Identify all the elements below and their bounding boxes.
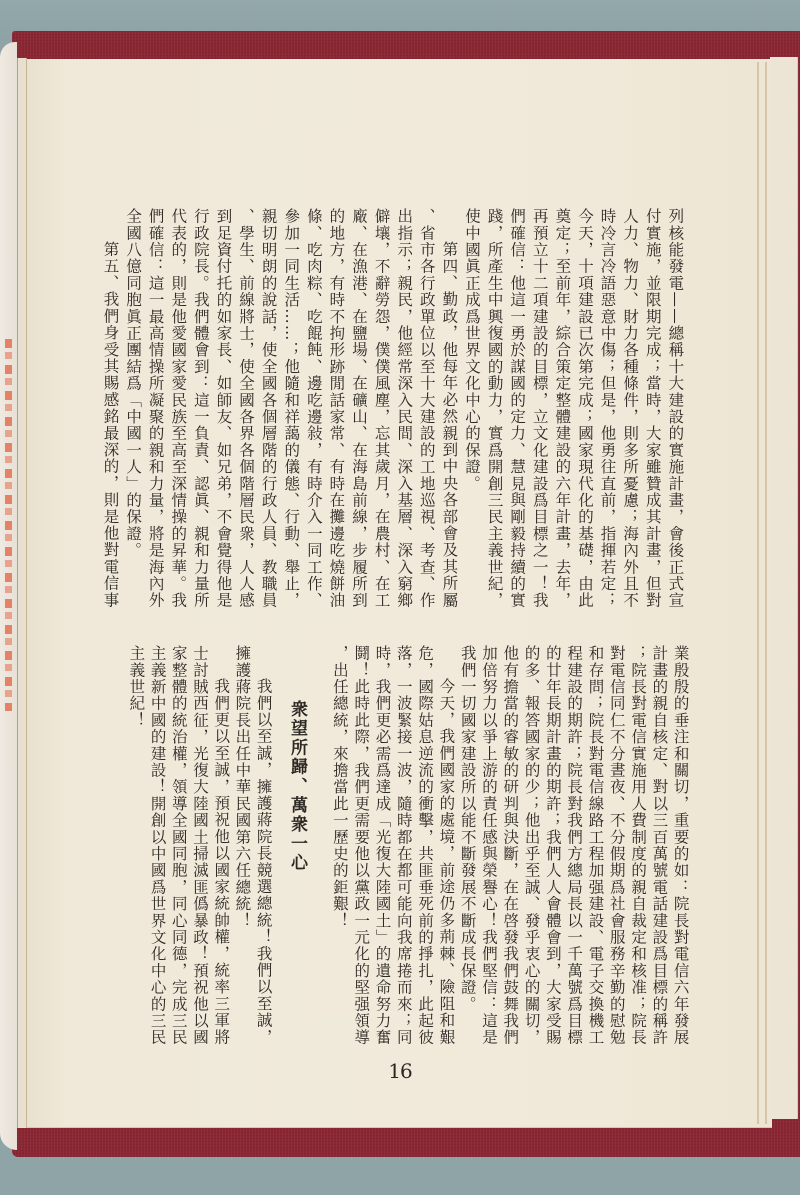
text-column: 奠定；至前年，綜合策定整體建設的六年計畫，去年， (551, 208, 574, 628)
text-column: 他有擔當的睿敏的研判與決斷，在在啓發我們鼓舞我們 (499, 645, 520, 1055)
page-edge-line (765, 62, 767, 1124)
page-edge-line (757, 62, 759, 1124)
text-column: 主義世紀！ (125, 645, 146, 1055)
text-column: 踐，所產生中興復國的動力，實爲開創三民主義世紀， (483, 208, 506, 628)
facing-page-bleed-marks (5, 339, 12, 711)
text-column: 們確信：這一最高情操所凝聚的親和力量，將是海內外 (144, 208, 167, 628)
lower-text-block: 業殷殷的垂注和關切，重要的如：院長對電信六年發展 計畫的親自核定、對以三百萬號電… (329, 645, 691, 1055)
text-column: 鬪！此時此際，我們更需要他以黨政一元化的堅强領導 (350, 645, 371, 1055)
text-column: 人力、物力、財力各種條件，則多所憂慮；海內外且不 (619, 208, 642, 628)
text-column: 主義新中國的建設！開創以中國爲世界文化中心的三民 (146, 645, 167, 1055)
text-column: 條、吃肉粽、吃餛飩、邊吃邊敍，有時介入一同工作、 (302, 208, 325, 628)
text-column: 士討賊西征，光復大陸國土掃滅匪僞暴政！預祝他以國 (189, 645, 210, 1055)
paragraph-start-column: 我們更以至誠，預祝他以國家統帥權，統率三軍將 (210, 645, 231, 1055)
text-column: 們確信：他這一勇於謀國的定力、慧見與剛毅持續的實 (506, 208, 529, 628)
upper-text-block: 列核能發電——總稱十大建設的實施計畫，會後正式宣 付實施，並限期完成；當時，大家… (99, 208, 686, 628)
text-column: 參加一同生活……；他隨和祥藹的儀態、行動、舉止， (280, 208, 303, 628)
text-column: ；院長對電信實施用人費制度的親自裁定和核准；院長 (627, 645, 648, 1055)
text-column: 親切明朗的說話，使全國各個層階的行政人員、教職員 (257, 208, 280, 628)
text-column: 計畫的親自核定、對以三百萬號電話建設爲目標的稱許 (648, 645, 669, 1055)
text-column: 我們一切國家建設所以能不斷發展不斷成長保證。 (456, 645, 477, 1055)
text-column: 加倍努力以爭上游的責任感與榮譽心！我們堅信：這是 (478, 645, 499, 1055)
paragraph-start-column: 第四、勤政，他每年必然親到中央各部會及其所屬 (438, 208, 461, 628)
book-board-edge (770, 57, 798, 1119)
text-column: 程建設的期許；院長對我們方總局長以一千萬號爲目標 (563, 645, 584, 1055)
text-column: 、學生、前線將士，使全國各界各個階層民衆，人人感 (234, 208, 257, 628)
text-column: 危，國際姑息逆流的衝擊，共匪垂死前的掙扎，此起彼 (414, 645, 435, 1055)
text-column: 出指示；親民，他經常深入民間、深入基層、深入窮鄉 (393, 208, 416, 628)
facing-page-edge (0, 42, 17, 1150)
text-column: 到足資付托的如家長、如師友、如兄弟，不會覺得他是 (212, 208, 235, 628)
text-column: 的廿年長期計畫的期許；我們人人會體會到，大家受賜 (542, 645, 563, 1055)
text-column: 廠、在漁港、在鹽場、在礦山、在海島前線，步履所到 (347, 208, 370, 628)
paragraph-start-column: 我們以至誠，擁護蔣院長競選總統！我們以至誠， (252, 645, 273, 1055)
book-gutter (17, 58, 27, 1128)
text-column: 全國八億同胞眞正團結爲「中國一人」的保證。 (121, 208, 144, 628)
text-column: 業殷殷的垂注和關切，重要的如：院長對電信六年發展 (669, 645, 690, 1055)
text-column: 的多、報答國家的少；他出乎至誠、發乎衷心的關切， (520, 645, 541, 1055)
section-heading: 衆望所歸、萬衆一心 (286, 700, 308, 873)
section-text-block: 我們以至誠，擁護蔣院長競選總統！我們以至誠， 擁護蔣院長出任中華民國第六任總統！… (125, 645, 273, 1055)
text-column: 行政院長。我們體會到：這一負責、認眞、親和力量所 (189, 208, 212, 628)
page-number: 16 (0, 1059, 800, 1083)
text-column: 落，一波緊接一波，隨時都在都可能向我席捲而來；同 (393, 645, 414, 1055)
text-column: 代表的，則是他愛國家愛民族至高至深情操的昇華。我 (167, 208, 190, 628)
text-column: 列核能發電——總稱十大建設的實施計畫，會後正式宣 (664, 208, 687, 628)
text-column: 僻壤，不辭勞怨，僕僕風塵，忘其歲月，在農村、在工 (370, 208, 393, 628)
text-column: 擁護蔣院長出任中華民國第六任總統！ (231, 645, 252, 1055)
text-column: 、省市各行政單位以至十大建設的工地巡視、考查、作 (415, 208, 438, 628)
paragraph-start-column: 今天，我們國家的處境，前途仍多荊棘、險阻和艱 (435, 645, 456, 1055)
text-column: ，出任總統，來擔當此一歷史的鉅艱！ (329, 645, 350, 1055)
text-column: 和存問；院長對電信線路工程加强建設、電子交換機工 (584, 645, 605, 1055)
paragraph-start-column: 第五、我們身受其賜感銘最深的，則是他對電信事 (99, 208, 122, 628)
text-column: 對電信同仁不分晝夜、不分假期爲社會服務辛勤的慰勉 (605, 645, 626, 1055)
text-column: 家整體的統治權，領導全國同胞，同心同德，完成三民 (168, 645, 189, 1055)
text-column: 時冷言冷語惡意中傷；但是，他勇往直前，指揮若定； (596, 208, 619, 628)
text-column: 的地方，有時不拘形跡閒話家常、有時在攤邊吃燒餅油 (325, 208, 348, 628)
text-column: 付實施，並限期完成；當時，大家雖贊成其計畫，但對 (641, 208, 664, 628)
text-column: 今天，十項建設已次第完成；國家現代化的基礎，由此 (573, 208, 596, 628)
text-column: 時，我們更必需爲達成「光復大陸國土」的遺命努力奮 (371, 645, 392, 1055)
text-column: 使中國眞正成爲世界文化中心的保證。 (460, 208, 483, 628)
text-column: 再預立十二項建設的目標，立文化建設爲目標之一！我 (528, 208, 551, 628)
